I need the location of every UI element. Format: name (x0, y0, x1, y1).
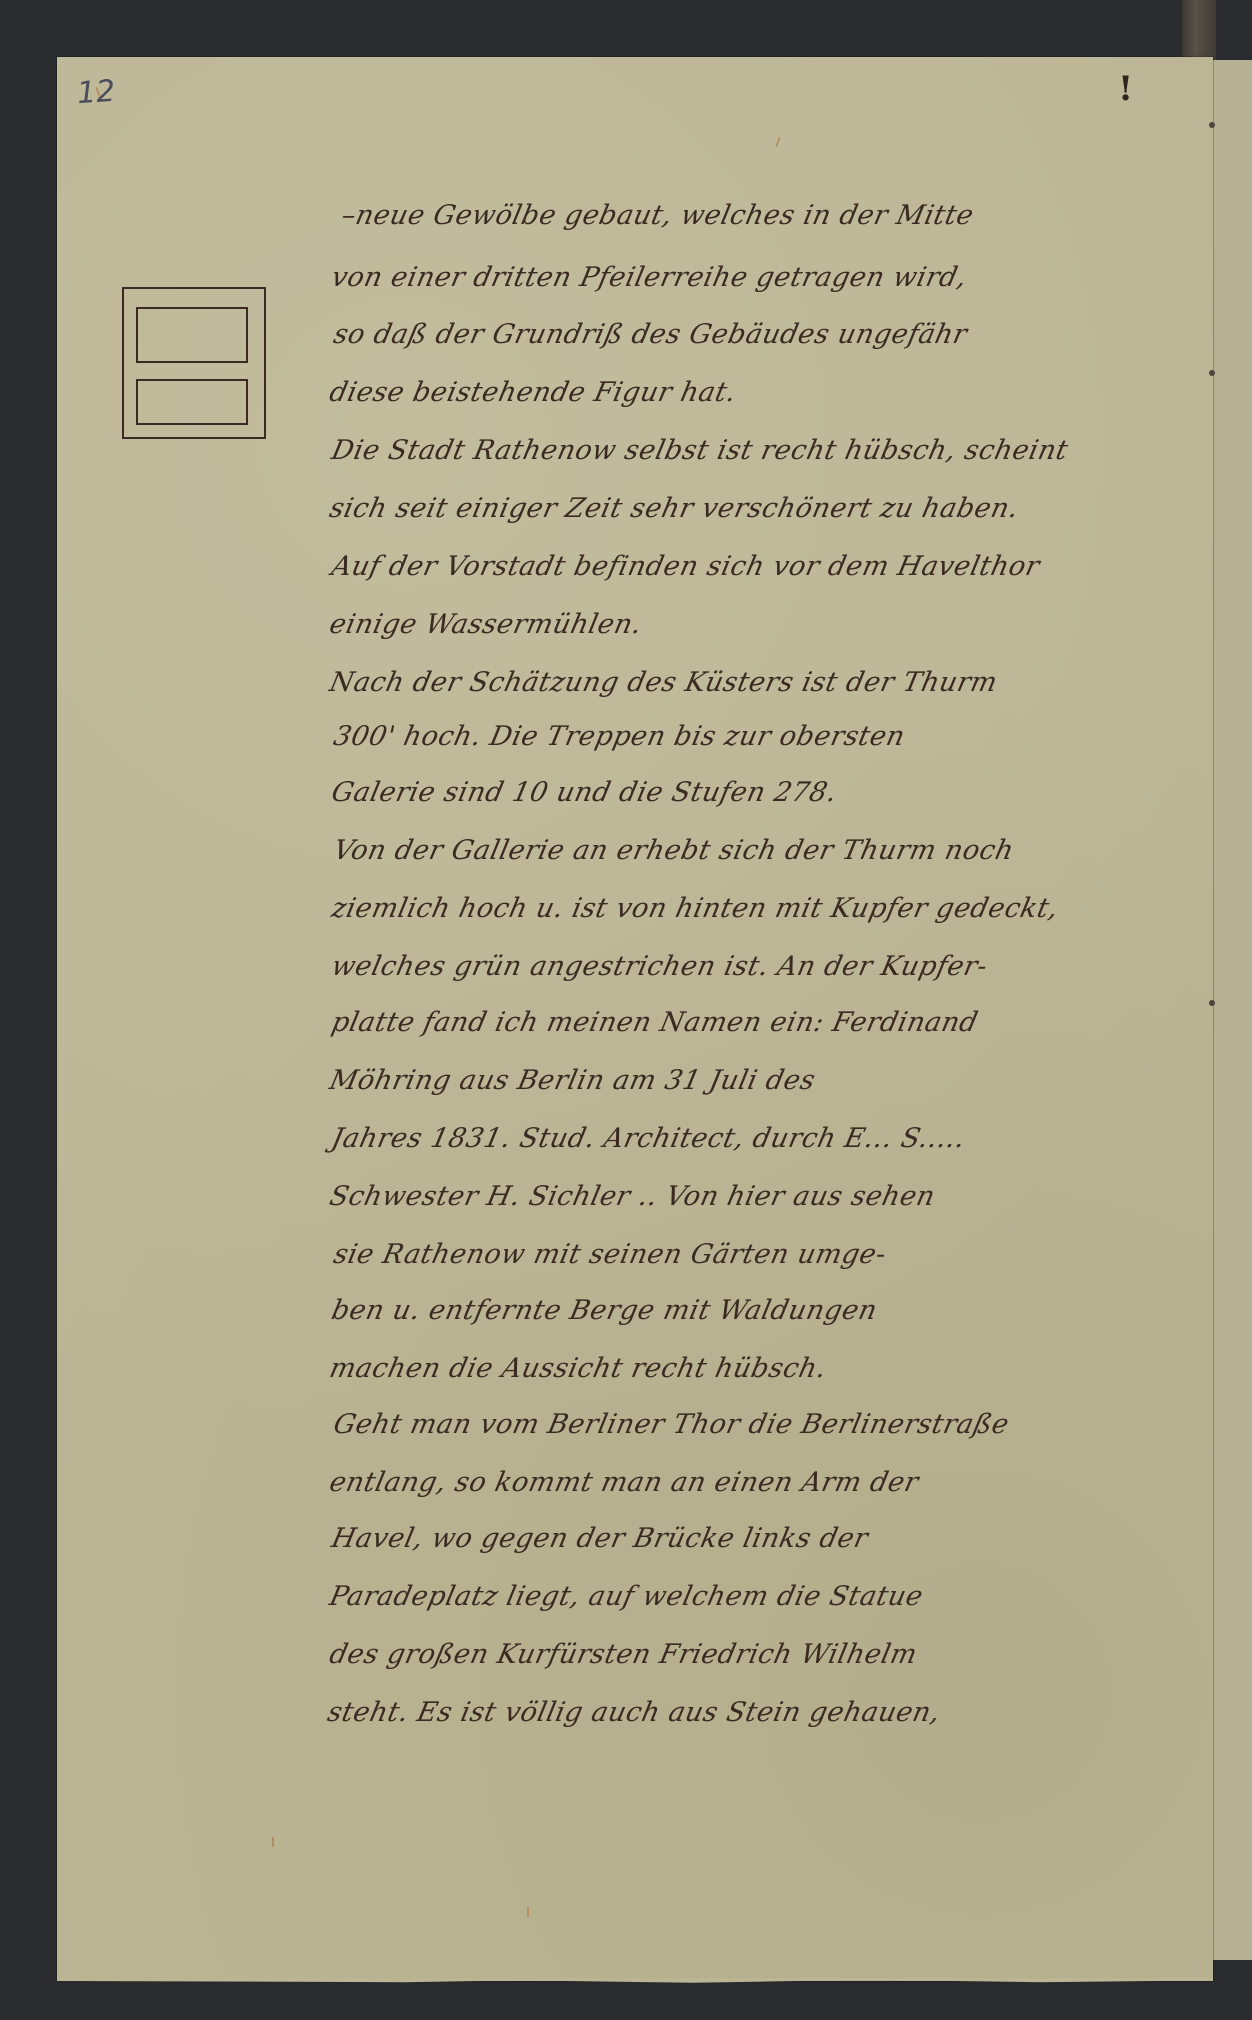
text-line: Möhring aus Berlin am 31 Juli des (327, 1065, 818, 1096)
text-line: von einer dritten Pfeilerreihe getragen … (329, 262, 970, 293)
paper-speck (527, 1907, 529, 1917)
text-line: Jahres 1831. Stud. Architect, durch E...… (329, 1123, 968, 1154)
fold-mark (1209, 370, 1215, 376)
text-line: so daß der Grundriß des Gebäudes ungefäh… (331, 319, 970, 350)
sketch-box-top (136, 307, 248, 363)
manuscript-page: 12 ! –neue Gewölbe gebaut, welches in de… (57, 57, 1213, 1981)
text-line: Die Stadt Rathenow selbst ist recht hübs… (329, 435, 1071, 466)
text-line: Havel, wo gegen der Brücke links der (329, 1523, 871, 1554)
paper-speck (775, 137, 780, 147)
paper-speck (272, 1837, 274, 1847)
text-line: welches grün angestrichen ist. An der Ku… (329, 951, 991, 982)
marginal-sketch (122, 287, 266, 439)
fold-mark (1209, 122, 1215, 128)
text-line: diese beistehende Figur hat. (327, 377, 740, 408)
text-line: platte fand ich meinen Namen ein: Ferdin… (329, 1007, 981, 1038)
text-line: Nach der Schätzung des Küsters ist der T… (327, 667, 1001, 698)
text-line: machen die Aussicht recht hübsch. (327, 1353, 830, 1384)
text-line: Geht man vom Berliner Thor die Berliners… (331, 1409, 1012, 1440)
text-line: ben u. entfernte Berge mit Waldungen (329, 1295, 880, 1326)
text-line: ziemlich hoch u. ist von hinten mit Kupf… (329, 893, 1062, 924)
adjacent-page-edge (1213, 60, 1252, 1960)
text-line: sie Rathenow mit seinen Gärten umge- (331, 1239, 889, 1270)
text-line: Auf der Vorstadt befinden sich vor dem H… (329, 551, 1043, 582)
corner-mark: ! (1118, 69, 1133, 109)
text-line: Paradeplatz liegt, auf welchem die Statu… (327, 1581, 926, 1612)
text-line: –neue Gewölbe gebaut, welches in der Mit… (339, 200, 977, 231)
text-line: 300' hoch. Die Treppen bis zur obersten (331, 721, 908, 752)
text-line: einige Wassermühlen. (327, 609, 645, 640)
binding-edge (1182, 0, 1216, 60)
fold-mark (1209, 1000, 1215, 1006)
text-line: Schwester H. Sichler .. Von hier aus seh… (327, 1181, 938, 1212)
text-line: Galerie sind 10 und die Stufen 278. (329, 777, 840, 808)
text-line: sich seit einiger Zeit sehr verschönert … (327, 493, 1022, 524)
page-number: 12 (76, 74, 117, 112)
text-line: des großen Kurfürsten Friedrich Wilhelm (327, 1639, 920, 1670)
text-line: steht. Es ist völlig auch aus Stein geha… (325, 1697, 944, 1728)
text-line: entlang, so kommt man an einen Arm der (327, 1467, 922, 1498)
text-line: Von der Gallerie an erhebt sich der Thur… (331, 835, 1017, 866)
sketch-box-bottom (136, 379, 248, 425)
